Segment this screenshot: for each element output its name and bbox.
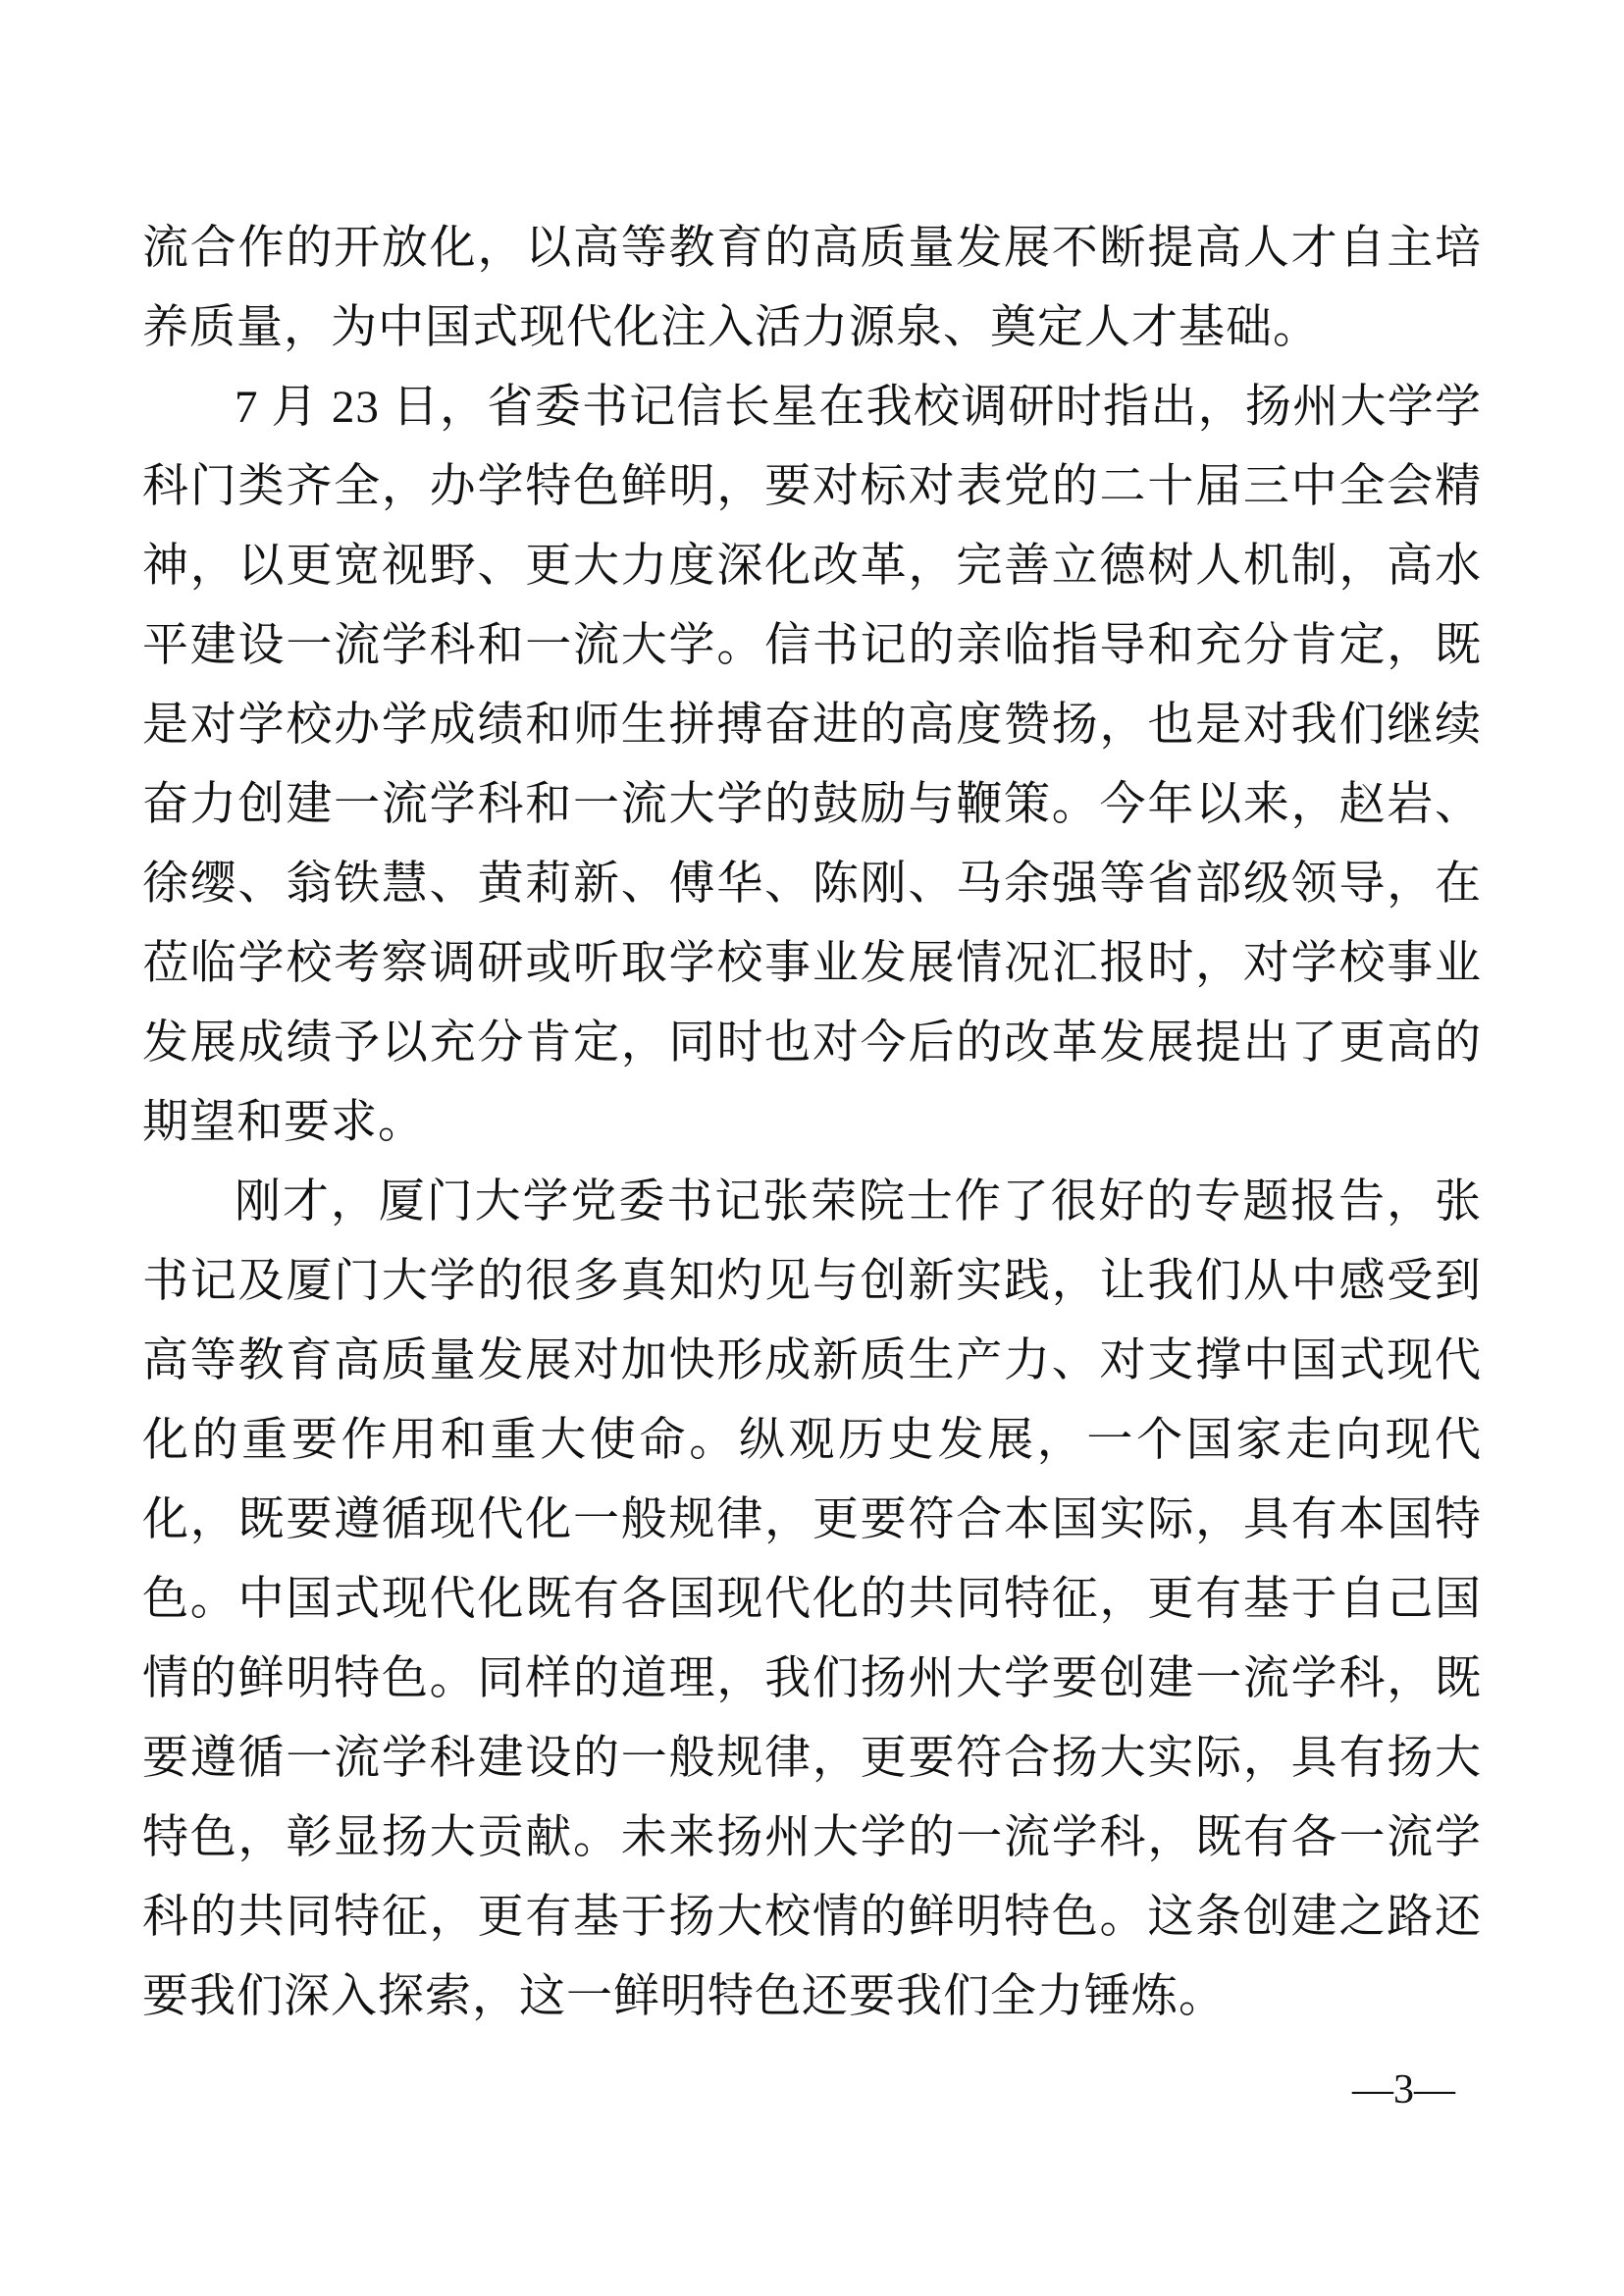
paragraph-continuation: 流合作的开放化，以高等教育的高质量发展不断提高人才自主培养质量，为中国式现代化注… xyxy=(142,209,1482,368)
document-page: 流合作的开放化，以高等教育的高质量发展不断提高人才自主培养质量，为中国式现代化注… xyxy=(0,0,1624,2296)
paragraph-provincial-leaders: 7 月 23 日，省委书记信长星在我校调研时指出，扬州大学学科门类齐全，办学特色… xyxy=(142,368,1482,1163)
paragraph-xiamen-report: 刚才，厦门大学党委书记张荣院士作了很好的专题报告，张书记及厦门大学的很多真知灼见… xyxy=(142,1163,1482,2037)
document-body: 流合作的开放化，以高等教育的高质量发展不断提高人才自主培养质量，为中国式现代化注… xyxy=(142,209,1482,2037)
page-number: —3— xyxy=(1352,2061,1455,2119)
